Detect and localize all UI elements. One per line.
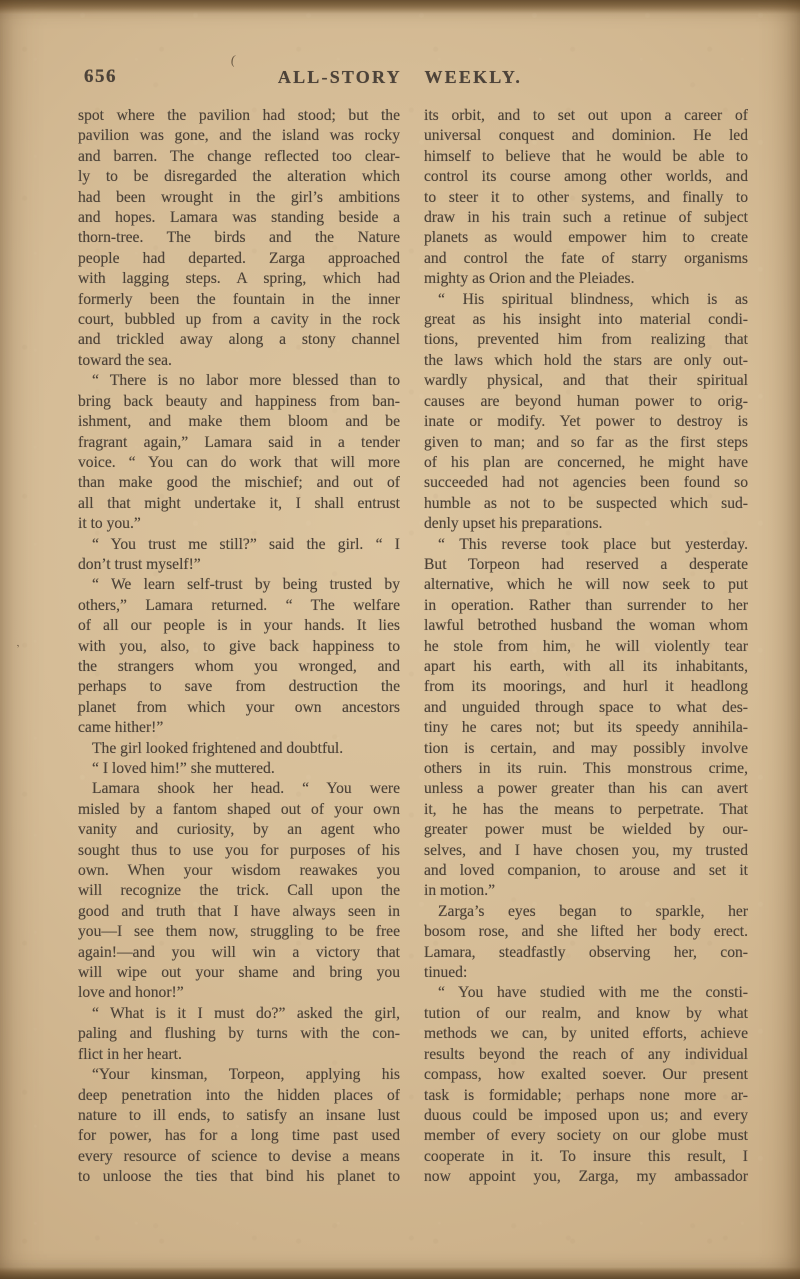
- text-line: control its course among other worlds, a…: [424, 167, 748, 187]
- text-line: tiny he cares not; but its speedy annihi…: [424, 718, 748, 738]
- text-line: nature to ill ends, to satisfy an insane…: [78, 1106, 400, 1126]
- text-line: “ There is no labor more blessed than to: [78, 371, 400, 391]
- text-line: bosom rose, and she lifted her body erec…: [424, 922, 748, 942]
- text-line: sought thus to use you for purposes of h…: [78, 841, 400, 861]
- text-line: and loved companion, to arouse and set i…: [424, 861, 748, 881]
- text-line: unless a power greater than his can aver…: [424, 779, 748, 799]
- text-line: lawful betrothed husband the woman whom: [424, 616, 748, 636]
- text-line: and control the fate of starry organisms: [424, 249, 748, 269]
- text-line: voice. “ You can do work that will more: [78, 453, 400, 473]
- text-line: “ What is it I must do?” asked the girl,: [78, 1004, 400, 1024]
- text-line: apart his earth, with all its inhabitant…: [424, 657, 748, 677]
- magazine-page-scan: { "header": { "page_number": "656", "jou…: [0, 0, 800, 1279]
- text-line: task is formidable; perhaps none more ar…: [424, 1086, 748, 1106]
- text-line: tinued:: [424, 963, 748, 983]
- text-line: will recognize the trick. Call upon the: [78, 881, 400, 901]
- text-line: people had departed. Zarga approached: [78, 249, 400, 269]
- text-line: results beyond the reach of any individu…: [424, 1045, 748, 1065]
- text-line: with you, also, to give back happiness t…: [78, 637, 400, 657]
- text-line: planet from which your own ancestors: [78, 698, 400, 718]
- text-line: universal conquest and dominion. He led: [424, 126, 748, 146]
- text-line: from its moorings, and hurl it headlong: [424, 677, 748, 697]
- text-line: of his plan are concerned, he might have: [424, 453, 748, 473]
- text-line: perhaps to save from destruction the: [78, 677, 400, 697]
- text-line: court, bubbled up from a cavity in the r…: [78, 310, 400, 330]
- text-line: will wipe out your shame and bring you: [78, 963, 400, 983]
- text-line: don’t trust myself!”: [78, 555, 400, 575]
- text-line: bring back beauty and happiness from ban…: [78, 392, 400, 412]
- text-line: and barren. The change reflected too cle…: [78, 147, 400, 167]
- text-line: compass, how exalted soever. Our present: [424, 1065, 748, 1085]
- journal-title: ALL-STORY WEEKLY.: [0, 67, 800, 88]
- text-line: own. When your wisdom reawakes you: [78, 861, 400, 881]
- text-line: Lamara, steadfastly observing her, con-: [424, 943, 748, 963]
- page-header: 656 ALL-STORY WEEKLY.: [0, 66, 800, 92]
- text-line: humble as not to be suspected which sud-: [424, 494, 748, 514]
- text-line: “ We learn self-trust by being trusted b…: [78, 575, 400, 595]
- text-line: “ I loved him!” she muttered.: [78, 759, 400, 779]
- text-line: succeeded had not agencies been found so: [424, 473, 748, 493]
- text-line: it, he has the means to perpetrate. That: [424, 800, 748, 820]
- text-line: of all our people is in your hands. It l…: [78, 616, 400, 636]
- text-line: vanity and curiosity, by an agent who: [78, 820, 400, 840]
- text-line: greater power must be wielded by our-: [424, 820, 748, 840]
- text-line: tion is certain, and may possibly involv…: [424, 739, 748, 759]
- text-line: and trickled away along a stony channel: [78, 330, 400, 350]
- text-line: tions, prevented him from realizing that: [424, 330, 748, 350]
- text-line: spot where the pavilion had stood; but t…: [78, 106, 400, 126]
- text-line: “ You trust me still?” said the girl. “ …: [78, 535, 400, 555]
- text-line: inate or modify. Yet power to destroy is: [424, 412, 748, 432]
- text-line: “ This reverse took place but yesterday.: [424, 535, 748, 555]
- text-line: it to you.”: [78, 514, 400, 534]
- text-line: than make good the mischief; and out of: [78, 473, 400, 493]
- text-line: every resource of science to devise a me…: [78, 1147, 400, 1167]
- text-line: wardly physical, and that their spiritua…: [424, 371, 748, 391]
- text-line: Lamara shook her head. “ You were: [78, 779, 400, 799]
- text-line: methods we can, by united efforts, achie…: [424, 1024, 748, 1044]
- text-line: draw in his train such a retinue of subj…: [424, 208, 748, 228]
- text-line: “ You have studied with me the consti-: [424, 983, 748, 1003]
- text-line: ishment, and make them bloom and be: [78, 412, 400, 432]
- text-line: again!—and you will win a victory that: [78, 943, 400, 963]
- text-line: came hither!”: [78, 718, 400, 738]
- text-line: misled by a fantom shaped out of your ow…: [78, 800, 400, 820]
- text-line: selves, and I have chosen you, my truste…: [424, 841, 748, 861]
- text-line: others,” Lamara returned. “ The welfare: [78, 596, 400, 616]
- text-line: The girl looked frightened and doubtful.: [78, 739, 400, 759]
- text-line: deep penetration into the hidden places …: [78, 1086, 400, 1106]
- text-line: fragrant again,” Lamara said in a tender: [78, 433, 400, 453]
- text-line: good and truth that I have always seen i…: [78, 902, 400, 922]
- text-line: for power, has for a long time past used: [78, 1126, 400, 1146]
- text-line: planets as would empower him to create: [424, 228, 748, 248]
- text-line: pavilion was gone, and the island was ro…: [78, 126, 400, 146]
- text-line: you—I see them now, struggling to be fre…: [78, 922, 400, 942]
- text-line: cooperate in it. To insure this result, …: [424, 1147, 748, 1167]
- text-line: causes are beyond human power to orig-: [424, 392, 748, 412]
- text-line: the strangers whom you wronged, and: [78, 657, 400, 677]
- text-line: member of every society on our globe mus…: [424, 1126, 748, 1146]
- text-line: denly upset his preparations.: [424, 514, 748, 534]
- text-line: himself to believe that he would be able…: [424, 147, 748, 167]
- text-line: ly to be disregarded the alteration whic…: [78, 167, 400, 187]
- text-line: great as his insight into material condi…: [424, 310, 748, 330]
- text-line: and hopes. Lamara was standing beside a: [78, 208, 400, 228]
- text-line: formerly been the fountain in the inner: [78, 290, 400, 310]
- text-line: alternative, which he will now seek to p…: [424, 575, 748, 595]
- text-line: in motion.”: [424, 881, 748, 901]
- text-line: mighty as Orion and the Pleiades.: [424, 269, 748, 289]
- page-top-edge: [0, 0, 800, 14]
- text-line: its orbit, and to set out upon a career …: [424, 106, 748, 126]
- text-line: all that might undertake it, I shall ent…: [78, 494, 400, 514]
- text-line: others in its ruin. This monstrous crime…: [424, 759, 748, 779]
- text-line: But Torpeon had reserved a desperate: [424, 555, 748, 575]
- text-line: now appoint you, Zarga, my ambassador: [424, 1167, 748, 1187]
- text-line: to steer it to other systems, and finall…: [424, 188, 748, 208]
- text-line: thorn-tree. The birds and the Nature: [78, 228, 400, 248]
- text-line: “Your kinsman, Torpeon, applying his: [78, 1065, 400, 1085]
- text-column-right: its orbit, and to set out upon a career …: [424, 106, 748, 1188]
- text-line: tution of our realm, and know by what: [424, 1004, 748, 1024]
- text-column-left: spot where the pavilion had stood; but t…: [78, 106, 400, 1188]
- text-line: paling and flushing by turns with the co…: [78, 1024, 400, 1044]
- text-line: with lagging steps. A spring, which had: [78, 269, 400, 289]
- text-line: duous could be imposed upon us; and ever…: [424, 1106, 748, 1126]
- text-line: to unloose the ties that bind his planet…: [78, 1167, 400, 1187]
- text-line: “ His spiritual blindness, which is as: [424, 290, 748, 310]
- text-line: toward the sea.: [78, 351, 400, 371]
- text-line: love and honor!”: [78, 983, 400, 1003]
- text-line: he stole from him, he will violently tea…: [424, 637, 748, 657]
- text-line: had been wrought in the girl’s ambitions: [78, 188, 400, 208]
- text-line: given to man; and so far as the first st…: [424, 433, 748, 453]
- page-bottom-edge: [0, 1267, 800, 1279]
- text-line: in operation. Rather than surrender to h…: [424, 596, 748, 616]
- text-line: the laws which hold the stars are only o…: [424, 351, 748, 371]
- text-line: flict in her heart.: [78, 1045, 400, 1065]
- text-line: Zarga’s eyes began to sparkle, her: [424, 902, 748, 922]
- text-line: and unguided through space to what des-: [424, 698, 748, 718]
